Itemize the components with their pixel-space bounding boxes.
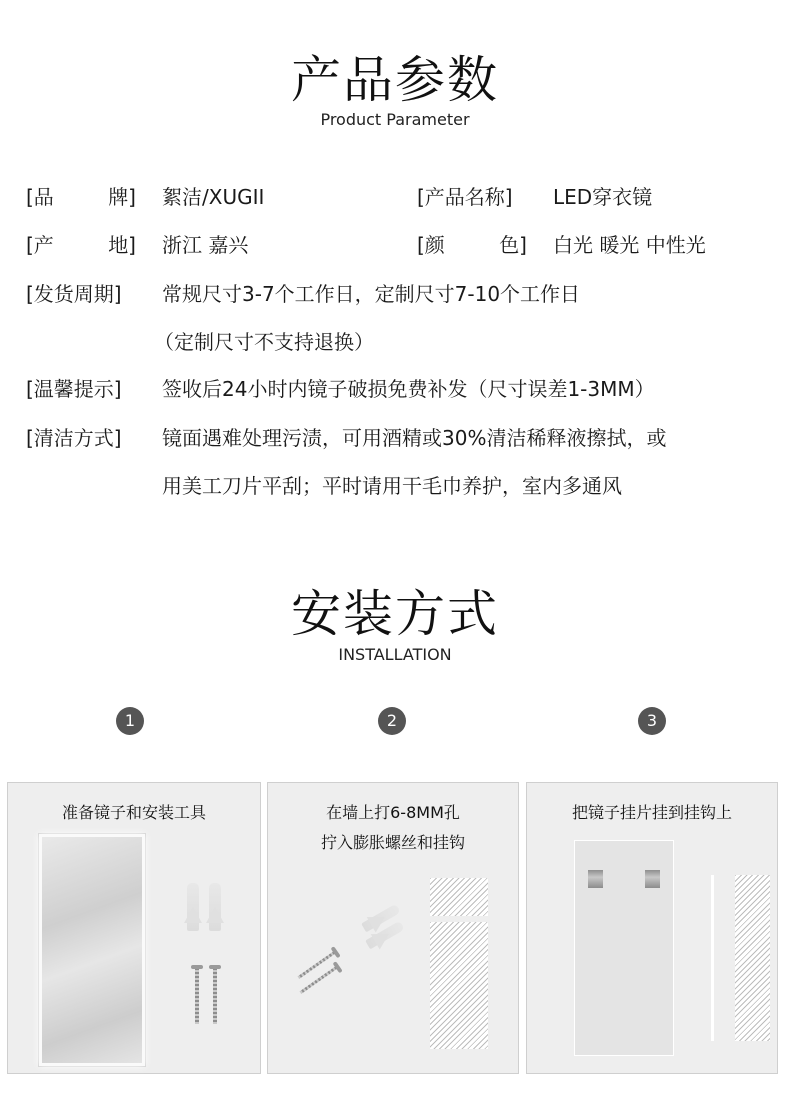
installation-title: 安装方式: [0, 574, 790, 646]
param-value-brand: 絮洁/XUGII: [162, 184, 264, 210]
step-panel-1: 准备镜子和安装工具: [7, 782, 261, 1074]
step-number-3: 3: [638, 707, 666, 735]
param-value-cleaning: 镜面遇难处理污渍，可用酒精或30%清洁稀释液擦拭，或: [162, 425, 666, 451]
step-1-caption: 准备镜子和安装工具: [8, 798, 260, 828]
param-label-color-right: 色]: [499, 232, 527, 258]
wall-anchor-icon: [187, 883, 199, 931]
screw-icon: [298, 951, 336, 979]
param-value-tips: 签收后24小时内镜子破损免费补发（尺寸误差1-3MM）: [162, 376, 655, 402]
parameter-title: 产品参数: [0, 40, 790, 112]
param-value-product-name: LED穿衣镜: [553, 184, 652, 210]
wall-hatch-icon: [430, 922, 488, 1049]
step-panel-3: 把镜子挂片挂到挂钩上: [526, 782, 778, 1074]
param-label-cleaning: [清洁方式]: [26, 425, 122, 451]
step-number-2: 2: [378, 707, 406, 735]
step-2-caption-line2: 拧入膨胀螺丝和挂钩: [268, 828, 518, 858]
hanging-bracket-icon: [588, 870, 603, 888]
installation-subtitle: INSTALLATION: [0, 645, 790, 664]
wall-hatch-icon: [430, 878, 488, 916]
param-label-origin-left: [产: [26, 232, 54, 258]
param-label-tips: [温馨提示]: [26, 376, 122, 402]
wall-anchor-icon: [209, 883, 221, 931]
hanging-bracket-icon: [645, 870, 660, 888]
param-label-brand-right: 牌]: [108, 184, 136, 210]
param-value-origin: 浙江 嘉兴: [162, 232, 248, 258]
step-panel-2: 在墙上打6-8MM孔 拧入膨胀螺丝和挂钩: [267, 782, 519, 1074]
param-value-cleaning-line2: 用美工刀片平刮；平时请用干毛巾养护，室内多通风: [162, 473, 622, 499]
mirror-back-illustration: [574, 840, 674, 1056]
screw-icon: [213, 968, 217, 1024]
param-value-shipping: 常规尺寸3-7个工作日，定制尺寸7-10个工作日: [162, 281, 580, 307]
hook-line-icon: [711, 875, 714, 1041]
step-3-caption: 把镜子挂片挂到挂钩上: [527, 798, 777, 828]
step-2-caption-line1: 在墙上打6-8MM孔: [268, 798, 518, 828]
wall-hatch-icon: [735, 875, 770, 1041]
param-label-brand-left: [品: [26, 184, 54, 210]
param-label-origin-right: 地]: [108, 232, 136, 258]
param-label-product-name: [产品名称]: [417, 184, 513, 210]
parameter-subtitle: Product Parameter: [0, 110, 790, 129]
step-number-1: 1: [116, 707, 144, 735]
param-value-shipping-note: （定制尺寸不支持退换）: [154, 329, 374, 355]
param-value-color: 白光 暖光 中性光: [553, 232, 706, 258]
mirror-illustration: [39, 834, 145, 1066]
param-label-shipping: [发货周期]: [26, 281, 122, 307]
param-label-color-left: [颜: [417, 232, 445, 258]
screw-icon: [195, 968, 199, 1024]
